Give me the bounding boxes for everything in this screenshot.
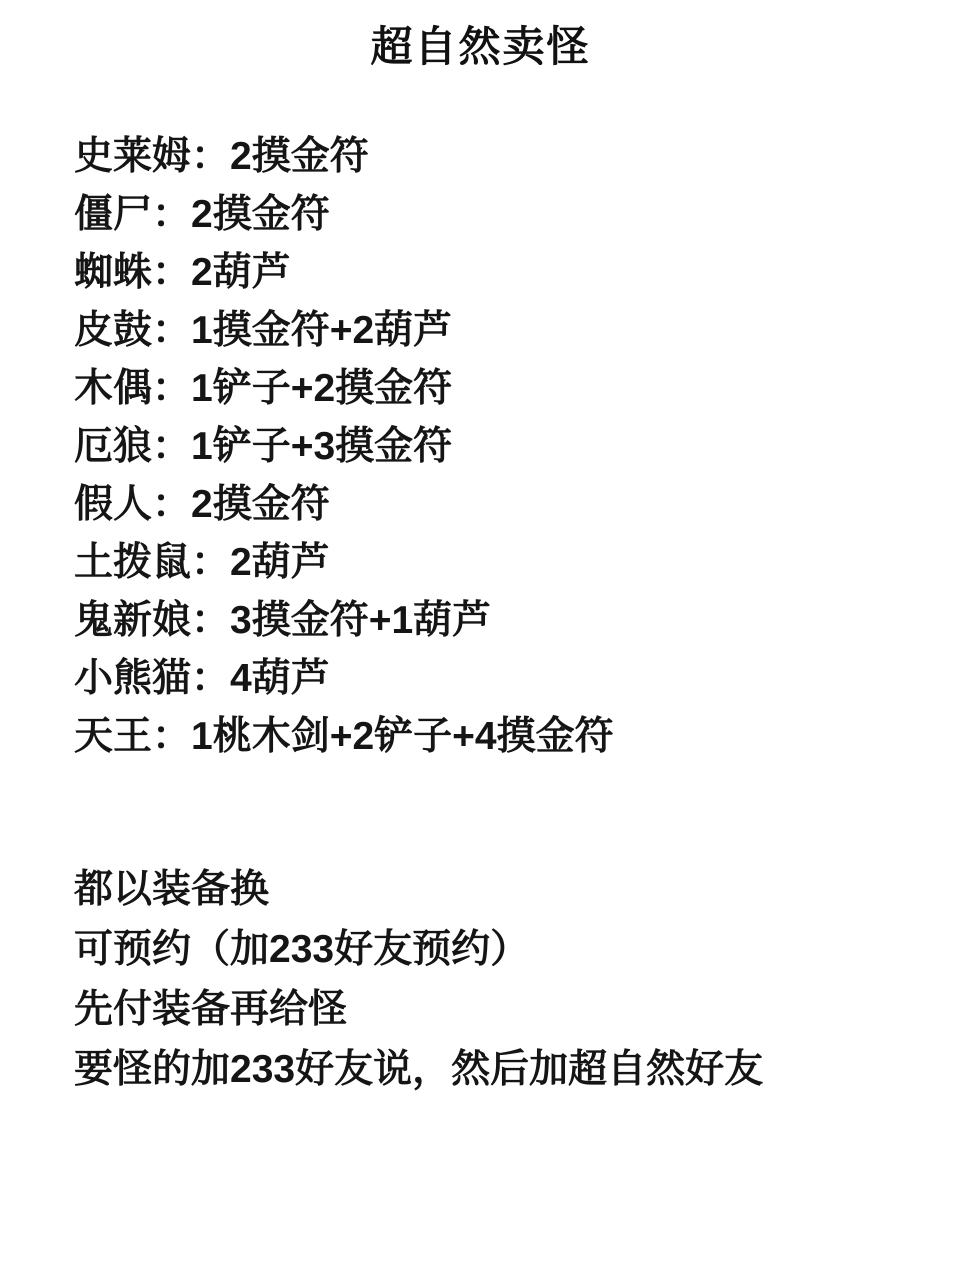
price-list-item: 土拨鼠：2葫芦 [74, 534, 961, 592]
price-list-item: 木偶：1铲子+2摸金符 [74, 360, 961, 418]
price-list-item: 僵尸：2摸金符 [74, 186, 961, 244]
price-list-item: 鬼新娘：3摸金符+1葫芦 [74, 592, 961, 650]
note-line: 可预约（加233好友预约） [74, 920, 961, 980]
price-list-item: 小熊猫：4葫芦 [74, 650, 961, 708]
price-list-item: 假人：2摸金符 [74, 476, 961, 534]
note-line: 要怪的加233好友说，然后加超自然好友 [74, 1040, 961, 1100]
note-line: 先付装备再给怪 [74, 980, 961, 1040]
price-list-item: 蜘蛛：2葫芦 [74, 244, 961, 302]
notes-section: 都以装备换 可预约（加233好友预约） 先付装备再给怪 要怪的加233好友说，然… [0, 860, 961, 1100]
price-list-item: 皮鼓：1摸金符+2葫芦 [74, 302, 961, 360]
price-list: 史莱姆：2摸金符 僵尸：2摸金符 蜘蛛：2葫芦 皮鼓：1摸金符+2葫芦 木偶：1… [0, 128, 961, 766]
price-list-item: 史莱姆：2摸金符 [74, 128, 961, 186]
price-list-item: 天王：1桃木剑+2铲子+4摸金符 [74, 708, 961, 766]
page-title: 超自然卖怪 [0, 0, 961, 74]
price-list-item: 厄狼：1铲子+3摸金符 [74, 418, 961, 476]
notice-page: 超自然卖怪 史莱姆：2摸金符 僵尸：2摸金符 蜘蛛：2葫芦 皮鼓：1摸金符+2葫… [0, 0, 961, 1261]
note-line: 都以装备换 [74, 860, 961, 920]
